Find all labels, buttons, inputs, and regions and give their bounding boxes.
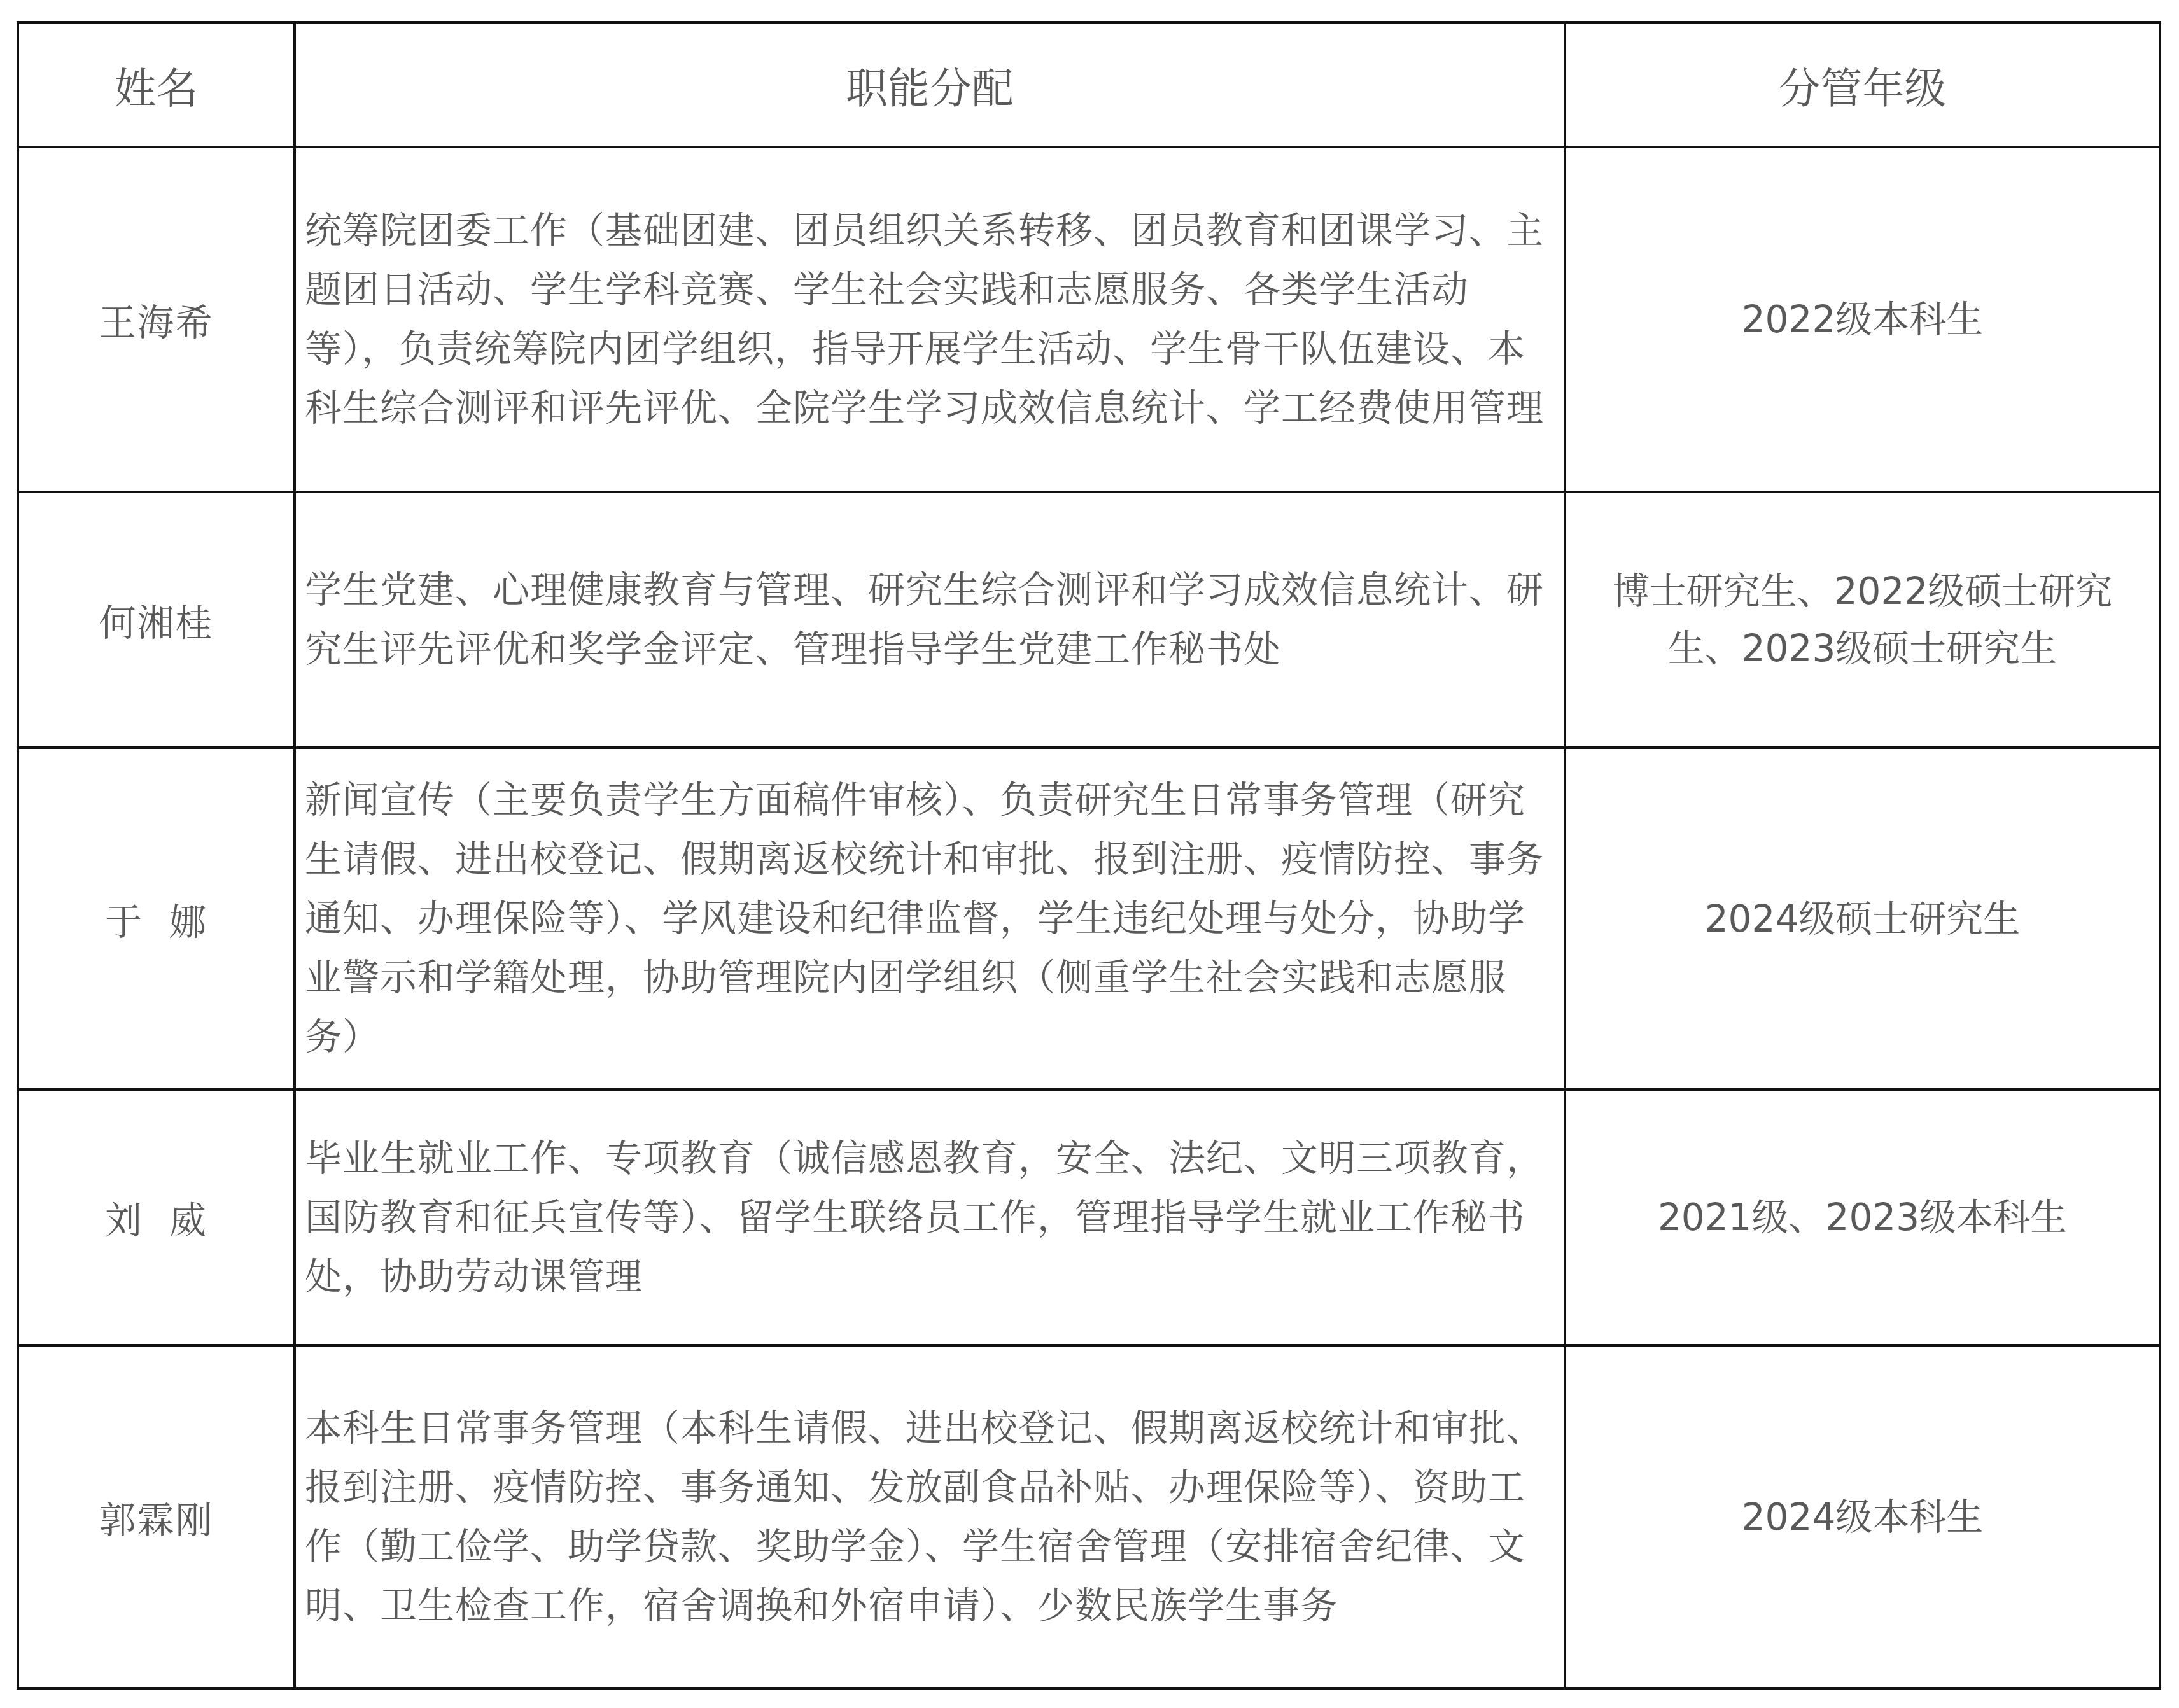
cell-grade: 2021级、2023级本科生 — [1565, 1089, 2160, 1345]
table-row: 于 娜 新闻宣传（主要负责学生方面稿件审核）、负责研究生日常事务管理（研究生请假… — [18, 748, 2160, 1089]
table-row: 郭霖刚 本科生日常事务管理（本科生请假、进出校登记、假期离返校统计和审批、报到注… — [18, 1345, 2160, 1688]
cell-name: 何湘桂 — [18, 492, 295, 748]
table-header-row: 姓名 职能分配 分管年级 — [18, 22, 2160, 147]
table-row: 何湘桂 学生党建、心理健康教育与管理、研究生综合测评和学习成效信息统计、研究生评… — [18, 492, 2160, 748]
cell-duties: 新闻宣传（主要负责学生方面稿件审核）、负责研究生日常事务管理（研究生请假、进出校… — [295, 748, 1565, 1089]
cell-grade: 博士研究生、2022级硕士研究生、2023级硕士研究生 — [1565, 492, 2160, 748]
cell-grade: 2022级本科生 — [1565, 147, 2160, 492]
cell-duties: 毕业生就业工作、专项教育（诚信感恩教育，安全、法纪、文明三项教育，国防教育和征兵… — [295, 1089, 1565, 1345]
cell-duties: 学生党建、心理健康教育与管理、研究生综合测评和学习成效信息统计、研究生评先评优和… — [295, 492, 1565, 748]
staff-duty-table: 姓名 职能分配 分管年级 王海希 统筹院团委工作（基础团建、团员组织关系转移、团… — [17, 21, 2161, 1690]
cell-name: 刘 威 — [18, 1089, 295, 1345]
cell-name: 王海希 — [18, 147, 295, 492]
cell-duties: 本科生日常事务管理（本科生请假、进出校登记、假期离返校统计和审批、报到注册、疫情… — [295, 1345, 1565, 1688]
cell-name: 郭霖刚 — [18, 1345, 295, 1688]
table-row: 王海希 统筹院团委工作（基础团建、团员组织关系转移、团员教育和团课学习、主题团日… — [18, 147, 2160, 492]
header-name: 姓名 — [18, 22, 295, 147]
header-duties: 职能分配 — [295, 22, 1565, 147]
table-row: 刘 威 毕业生就业工作、专项教育（诚信感恩教育，安全、法纪、文明三项教育，国防教… — [18, 1089, 2160, 1345]
cell-grade: 2024级硕士研究生 — [1565, 748, 2160, 1089]
cell-name: 于 娜 — [18, 748, 295, 1089]
header-grade: 分管年级 — [1565, 22, 2160, 147]
cell-duties: 统筹院团委工作（基础团建、团员组织关系转移、团员教育和团课学习、主题团日活动、学… — [295, 147, 1565, 492]
cell-grade: 2024级本科生 — [1565, 1345, 2160, 1688]
